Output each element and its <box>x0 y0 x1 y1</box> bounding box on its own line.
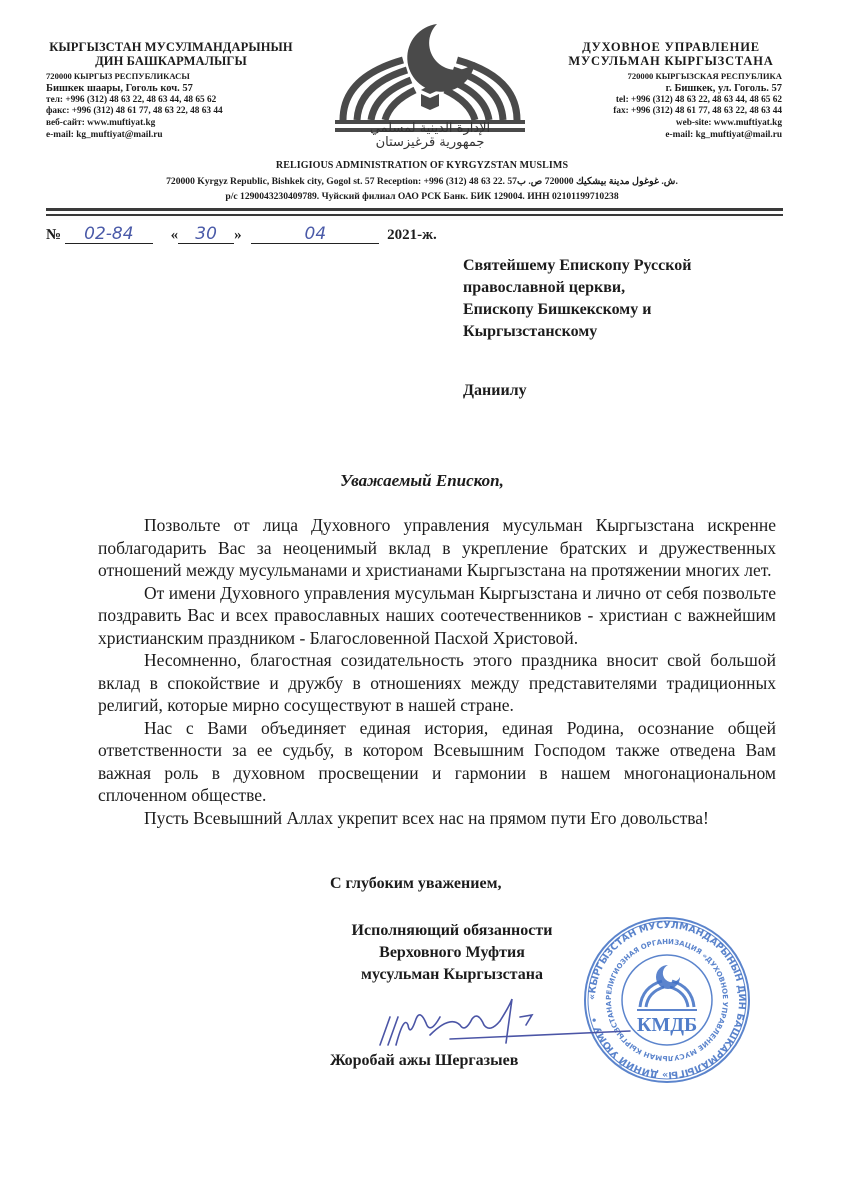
org-title-line1: ДУХОВНОЕ УПРАВЛЕНИЕ <box>560 40 782 54</box>
position-line3: мусульман Кыргызстана <box>318 964 586 986</box>
quote-close: » <box>234 227 242 243</box>
header-divider-thick <box>46 208 783 211</box>
addressee-block: Святейшему Епископу Русской православной… <box>463 255 691 343</box>
closing-phrase: С глубоким уважением, <box>330 875 501 893</box>
date-day: 30 <box>178 225 234 244</box>
signer-position: Исполняющий обязанности Верховного Муфти… <box>318 920 586 986</box>
org-title-line1: КЫРГЫЗСТАН МУСУЛМАНДАРЫНЫН <box>46 40 296 54</box>
arabic-org-name: الإدارة الدينية لمسلمي جمهورية قرغيزستان <box>330 122 530 150</box>
street: г. Бишкек, ул. Гоголь. 57 <box>560 83 782 95</box>
letterhead-right-russian: ДУХОВНОЕ УПРАВЛЕНИЕ МУСУЛЬМАН КЫРГЫЗСТАН… <box>560 40 782 142</box>
position-line1: Исполняющий обязанности <box>318 920 586 942</box>
reference-line: № 02-84 «30» 04 2021-ж. <box>46 225 437 244</box>
street: Бишкек шаары, Гоголь коч. 57 <box>46 83 296 95</box>
crescent-arches-kaaba-logo-icon <box>325 22 535 137</box>
org-title-russian: ДУХОВНОЕ УПРАВЛЕНИЕ МУСУЛЬМАН КЫРГЫЗСТАН… <box>560 40 782 68</box>
paragraph: Позвольте от лица Духовного управления м… <box>98 514 776 582</box>
addressee-name: Даниилу <box>463 382 527 400</box>
website: веб-сайт: www.muftiyat.kg <box>46 118 296 130</box>
header-divider-thin <box>46 214 783 216</box>
position-line2: Верховного Муфтия <box>318 942 586 964</box>
fax: fax: +996 (312) 48 61 77, 48 63 22, 48 6… <box>560 106 782 118</box>
address-block-russian: 720000 КЫРГЫЗСКАЯ РЕСПУБЛИКА г. Бишкек, … <box>560 71 782 142</box>
address-block-kyrgyz: 720000 КЫРГЫЗ РЕСПУБЛИКАСЫ Бишкек шаары,… <box>46 71 296 142</box>
org-title-kyrgyz: КЫРГЫЗСТАН МУСУЛМАНДАРЫНЫН ДИН БАШКАРМАЛ… <box>46 40 296 68</box>
org-title-line2: МУСУЛЬМАН КЫРГЫЗСТАНА <box>560 54 782 68</box>
english-org-title: RELIGIOUS ADMINISTRATION OF KYRGYZSTAN M… <box>0 160 844 171</box>
arabic-line1: الإدارة الدينية لمسلمي <box>330 122 530 136</box>
email: e-mail: kg_muftiyat@mail.ru <box>46 130 296 142</box>
tel: tel: +996 (312) 48 63 22, 48 63 44, 48 6… <box>560 95 782 107</box>
addressee-line: православной церкви, <box>463 277 691 299</box>
english-address: 720000 Kyrgyz Republic, Bishkek city, Go… <box>0 176 844 187</box>
addressee-line: Епископу Бишкекскому и <box>463 299 691 321</box>
handwritten-signature-icon <box>360 995 640 1055</box>
email: e-mail: kg_muftiyat@mail.ru <box>560 130 782 142</box>
bank-details: р/с 1290043230409789. Чуйский филиал ОАО… <box>0 191 844 202</box>
svg-text:КМДБ: КМДБ <box>637 1014 697 1036</box>
date-month: 04 <box>251 225 379 244</box>
paragraph: Несомненно, благостная созидательность э… <box>98 649 776 717</box>
letter-body: Позвольте от лица Духовного управления м… <box>98 514 776 829</box>
fax: факс: +996 (312) 48 61 77, 48 63 22, 48 … <box>46 106 296 118</box>
addressee-line: Кыргызстанскому <box>463 321 691 343</box>
tel: тел: +996 (312) 48 63 22, 48 63 44, 48 6… <box>46 95 296 107</box>
signer-name: Жоробай ажы Шергазыев <box>330 1052 518 1070</box>
org-title-line2: ДИН БАШКАРМАЛЫГЫ <box>46 54 296 68</box>
paragraph: Нас с Вами объединяет единая история, ед… <box>98 717 776 807</box>
postcode: 720000 КЫРГЫЗ РЕСПУБЛИКАСЫ <box>46 71 296 83</box>
arabic-line2: جمهورية قرغيزستان <box>330 136 530 150</box>
paragraph: От имени Духовного управления мусульман … <box>98 582 776 650</box>
salutation: Уважаемый Епископ, <box>0 471 844 491</box>
reference-number: 02-84 <box>65 225 153 244</box>
addressee-line: Святейшему Епископу Русской <box>463 255 691 277</box>
website: web-site: www.muftiyat.kg <box>560 118 782 130</box>
paragraph: Пусть Всевышний Аллах укрепит всех нас н… <box>98 807 776 830</box>
date-year: 2021-ж. <box>387 227 437 243</box>
postcode: 720000 КЫРГЫЗСКАЯ РЕСПУБЛИКА <box>560 71 782 83</box>
number-label: № <box>46 227 61 243</box>
quote-open: « <box>171 227 179 243</box>
letterhead-left-kyrgyz: КЫРГЫЗСТАН МУСУЛМАНДАРЫНЫН ДИН БАШКАРМАЛ… <box>46 40 296 142</box>
